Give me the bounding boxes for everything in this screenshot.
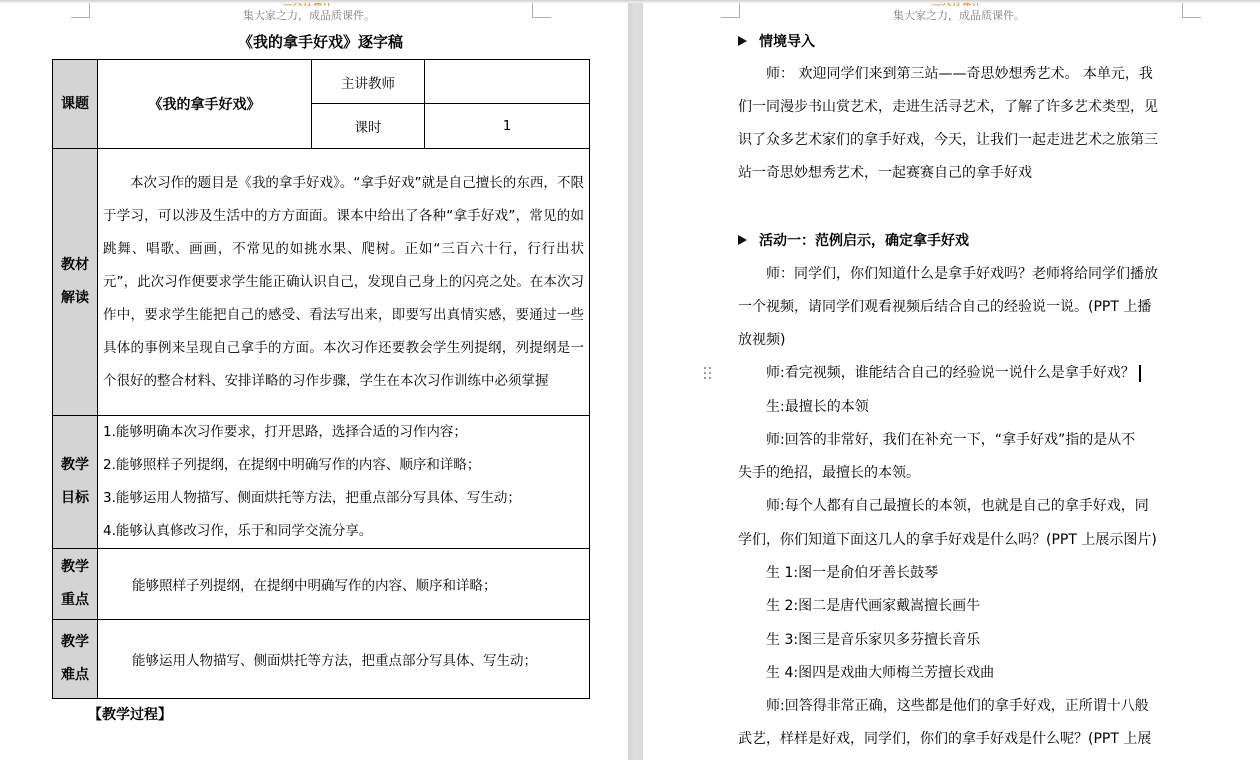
material-text: 本次习作的题目是《我的拿手好戏》。“拿手好戏”就是自己擅长的东西，不限于学习，可… <box>98 167 589 398</box>
teacher-label-cell: 主讲教师 <box>312 60 425 104</box>
page-gutter <box>628 0 643 760</box>
paragraph-line: 一个视频，请同学们观看视频后结合自己的经验说一说。(PPT 上播 <box>738 291 1183 324</box>
crop-mark <box>721 2 740 18</box>
paragraph-line: 师：同学们，你们知道什么是拿手好戏吗？老师将给同学们播放 <box>738 258 1211 291</box>
paragraph-line: 生 4:图四是戏曲大师梅兰芳擅长戏曲 <box>738 657 1211 690</box>
topic-label-cell: 课题 <box>53 60 98 149</box>
difficulties-text: 能够运用人物描写、侧面烘托等方法，把重点部分写具体、写生动； <box>98 649 589 669</box>
paragraph-line: 生:最擅长的本领 <box>738 391 1211 424</box>
text-cursor <box>1139 365 1141 382</box>
paragraph-line-active[interactable]: 师:看完视频，谁能结合自己的经验说一说什么是拿手好戏？ <box>738 357 1211 390</box>
paragraph-line: 生 3:图三是音乐家贝多芬擅长音乐 <box>738 624 1211 657</box>
hours-label-cell: 课时 <box>312 104 425 149</box>
paragraph-line: 学们，你们知道下面这几人的拿手好戏是什么吗？(PPT 上展示图片) <box>738 524 1183 557</box>
goals-cell[interactable]: 1.能够明确本次习作要求，打开思路，选择合适的习作内容； 2.能够照样子列提纲，… <box>98 416 590 549</box>
arrow-bullet-icon <box>738 235 747 245</box>
lesson-title-cell: 《我的拿手好戏》 <box>98 60 312 149</box>
paragraph-line: 们一同漫步书山赏艺术，走进生活寻艺术，了解了许多艺术类型，见 <box>738 91 1183 124</box>
arrow-bullet-icon <box>738 36 747 46</box>
material-label-cell: 教材 解读 <box>53 149 98 416</box>
header-slogan: 集大家之力，成品质课件。 <box>893 9 1025 23</box>
difficulties-cell[interactable]: 能够运用人物描写、侧面烘托等方法，把重点部分写具体、写生动； <box>98 620 590 699</box>
paragraph-line: 失手的绝招，最擅长的本领。 <box>738 457 1183 490</box>
paragraph-line: 生 1:图一是俞伯牙善长鼓琴 <box>738 557 1211 590</box>
paragraph-line: 师： 欢迎同学们来到第三站——奇思妙想秀艺术。 本单元，我 <box>738 58 1211 91</box>
hours-value-cell[interactable]: 1 <box>425 104 590 149</box>
crop-mark <box>1182 2 1201 18</box>
document-page-2: 三人行课件 集大家之力，成品质课件。 情境导入 师： 欢迎同学们来到第三站——奇… <box>643 0 1260 760</box>
material-text-cell[interactable]: 本次习作的题目是《我的拿手好戏》。“拿手好戏”就是自己擅长的东西，不限于学习，可… <box>98 149 590 416</box>
teacher-value-cell[interactable] <box>425 60 590 104</box>
section-heading-activity-1: 活动一：范例启示，确定拿手好戏 <box>738 230 969 252</box>
paragraph-line: 武艺，样样是好戏，同学们，你们的拿手好戏是什么呢？(PPT 上展 <box>738 723 1183 756</box>
section-heading-intro: 情境导入 <box>738 31 815 53</box>
paragraph-line: 生 2:图二是唐代画家戴嵩擅长画牛 <box>738 590 1211 623</box>
goal-item: 4.能够认真修改习作，乐于和同学交流分享。 <box>98 515 589 548</box>
goal-item: 2.能够照样子列提纲，在提纲中明确写作的内容、顺序和详略； <box>98 449 589 482</box>
paragraph-line: 识了众多艺术家们的拿手好戏，今天，让我们一起走进艺术之旅第三 <box>738 124 1183 157</box>
goal-item: 1.能够明确本次习作要求，打开思路，选择合适的习作内容； <box>98 416 589 449</box>
window-top-edge <box>0 0 1260 3</box>
lesson-plan-table: 课题 《我的拿手好戏》 主讲教师 课时 1 教材 解读 本次习作的题目是《我的拿… <box>52 59 590 699</box>
goal-item: 3.能够运用人物描写、侧面烘托等方法，把重点部分写具体、写生动； <box>98 482 589 515</box>
teaching-process-heading: 【教学过程】 <box>88 704 172 726</box>
key-points-label-cell: 教学 重点 <box>53 549 98 620</box>
difficulties-label-cell: 教学 难点 <box>53 620 98 699</box>
crop-mark <box>532 2 551 18</box>
document-page-1: 三人行课件 集大家之力，成品质课件。 《我的拿手好戏》逐字稿 课题 《我的拿手好… <box>0 0 628 760</box>
header-slogan: 集大家之力，成品质课件。 <box>243 9 375 23</box>
paragraph-line: 放视频) <box>738 324 1183 357</box>
paragraph-drag-handle-icon[interactable] <box>704 367 712 381</box>
paragraph-line: 师:每个人都有自己最擅长的本领，也就是自己的拿手好戏，同 <box>738 490 1211 523</box>
key-points-cell[interactable]: 能够照样子列提纲，在提纲中明确写作的内容、顺序和详略； <box>98 549 590 620</box>
key-points-text: 能够照样子列提纲，在提纲中明确写作的内容、顺序和详略； <box>98 574 589 594</box>
paragraph-line: 站一奇思妙想秀艺术，一起赛赛自己的拿手好戏 <box>738 157 1183 190</box>
paragraph-line: 师:回答的非常好，我们在补充一下，“拿手好戏”指的是从不 <box>738 424 1211 457</box>
paragraph-line: 师:回答得非常正确，这些都是他们的拿手好戏，正所谓十八般 <box>738 690 1211 723</box>
document-title: 《我的拿手好戏》逐字稿 <box>52 32 589 52</box>
goals-label-cell: 教学 目标 <box>53 416 98 549</box>
crop-mark <box>71 2 90 18</box>
